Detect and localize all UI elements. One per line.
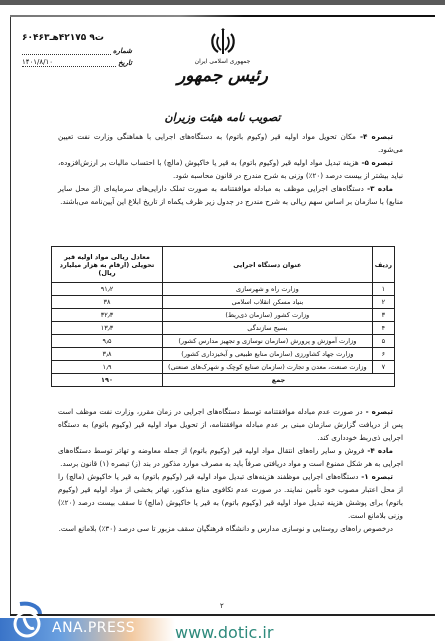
republic-label: جمهوری اسلامی ایران	[160, 58, 285, 65]
paragraph-note-1: تبصره ۱- دستگاه‌های اجرایی موظفند هزینه‌…	[58, 470, 403, 522]
paragraph-article-4: ماده ۴- فروش و سایر راه‌های انتقال مواد …	[58, 444, 403, 470]
number-label: شماره	[113, 47, 132, 55]
date-value: ۱۴۰۱/۸/۱۰	[22, 58, 116, 67]
iran-emblem-icon	[210, 28, 236, 56]
reference-block: ۶۰۴۶۳ت۹ ۴۲۱۷۵هـ شماره تاریخ ۱۴۰۱/۸/۱۰	[22, 33, 132, 67]
ana-logo-icon	[10, 600, 44, 638]
president-title: رئیس جمهور	[160, 66, 285, 86]
allocation-table: ردیف عنوان دستگاه اجرایی معادل ریالی موا…	[51, 246, 395, 387]
date-row: تاریخ ۱۴۰۱/۸/۱۰	[22, 58, 132, 67]
page-number: ۲	[220, 602, 224, 610]
table-header-row: ردیف عنوان دستگاه اجرایی معادل ریالی موا…	[52, 247, 395, 283]
header-index: ردیف	[372, 247, 394, 283]
header-title: عنوان دستگاه اجرایی	[163, 247, 373, 283]
table-row: ۲ بنیاد مسکن انقلاب اسلامی ۳۸	[52, 296, 395, 309]
table-row: ۳ وزارت کشور (سازمان ذی‌ربط) ۳۲٫۳	[52, 309, 395, 322]
table-row: ۶ وزارت جهاد کشاورزی (سازمان منابع طبیعی…	[52, 348, 395, 361]
paragraph-note-4: تبصره ۴- مکان تحویل مواد اولیه قیر (وکیو…	[58, 130, 403, 156]
total-value: ۱۹۰	[52, 374, 163, 387]
date-label: تاریخ	[118, 59, 132, 67]
frame-bottom-rule	[10, 614, 435, 616]
table-row: ۷ وزارت صنعت، معدن و تجارت (سازمان صنایع…	[52, 361, 395, 374]
paragraph-article-3: ماده ۳- دستگاه‌های اجرایی موظف به مبادله…	[58, 182, 403, 208]
table-total-row: جمع ۱۹۰	[52, 374, 395, 387]
frame-top-rule	[10, 15, 435, 17]
paragraph-note: تبصره - در صورت عدم مبادله موافقتنامه تو…	[58, 405, 403, 444]
reference-number: ۶۰۴۶۳ت۹ ۴۲۱۷۵هـ	[22, 33, 132, 43]
body-bottom: تبصره - در صورت عدم مبادله موافقتنامه تو…	[58, 405, 403, 535]
header-value: معادل ریالی مواد اولیه قیر تحویلی (ارقام…	[52, 247, 163, 283]
total-label: جمع	[163, 374, 395, 387]
top-gray-bar	[0, 0, 445, 5]
dotic-watermark: www.dotic.ir	[175, 624, 273, 641]
number-row: شماره	[22, 46, 132, 55]
cabinet-decree-title: تصویب نامه هیئت وزیران	[150, 111, 295, 124]
table-row: ۴ بسیج سازندگی ۱۳٫۳	[52, 322, 395, 335]
paragraph-note-5: تبصره ۵- هزینه تبدیل مواد اولیه قیر (وکی…	[58, 156, 403, 182]
body-top: تبصره ۴- مکان تحویل مواد اولیه قیر (وکیو…	[58, 130, 403, 208]
number-value	[22, 46, 111, 55]
table-row: ۵ وزارت آموزش و پرورش (سازمان نوسازی و ت…	[52, 335, 395, 348]
paragraph-rural-roads: درخصوص راه‌های روستایی و نوسازی مدارس و …	[58, 522, 403, 535]
ana-press-watermark: ANA.PRESS	[52, 620, 135, 636]
letterhead: جمهوری اسلامی ایران رئیس جمهور	[160, 58, 285, 86]
table-row: ۱ وزارت راه و شهرسازی ۹۱٫۲	[52, 283, 395, 296]
